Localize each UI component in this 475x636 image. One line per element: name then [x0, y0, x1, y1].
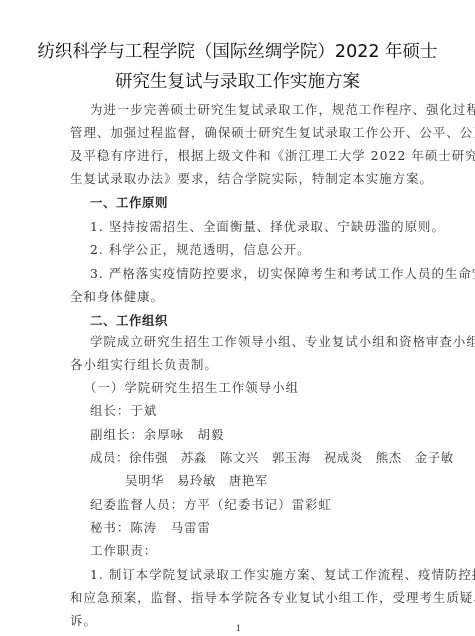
secretaries: 秘书：陈涛 马雷雷 [90, 519, 211, 537]
members-line-1: 成员：徐伟强 苏淼 陈文兴 郭玉海 祝成炎 熊杰 金子敏 [90, 449, 454, 467]
document-page: 纺织科学与工程学院（国际丝绸学院）2022 年硕士 研究生复试与录取工作实施方案… [0, 0, 475, 636]
principle-item-3-continued: 全和身体健康。 [70, 288, 164, 306]
duty-item-1-line-3: 诉。 [70, 612, 97, 630]
section-heading-principles: 一、工作原则 [90, 194, 168, 212]
subsection-heading-leadership-group: （一）学院研究生招生工作领导小组 [84, 379, 299, 397]
principle-item-2: 2. 科学公正，规范透明，信息公开。 [90, 241, 311, 259]
document-title-line-2: 研究生复试与录取工作实施方案 [0, 71, 475, 93]
intro-paragraph-line-4: 生复试录取办法》要求，结合学院实际，特制定本实施方案。 [70, 170, 433, 188]
page-number: 1 [236, 624, 241, 633]
intro-paragraph-line-3: 及平稳有序进行，根据上级文件和《浙江理工大学 2022 年硕士研究生招 [70, 147, 475, 165]
deputy-leaders: 副组长：余厚咏 胡毅 [90, 426, 224, 444]
organization-intro-line-1: 学院成立研究生招生工作领导小组、专业复试小组和资格审查小组， [90, 333, 475, 351]
principle-item-3: 3. 严格落实疫情防控要求，切实保障考生和考试工作人员的生命安 [90, 265, 475, 283]
document-title-line-1: 纺织科学与工程学院（国际丝绸学院）2022 年硕士 [0, 41, 475, 63]
duties-label: 工作职责： [90, 542, 157, 560]
group-leader: 组长：于斌 [90, 402, 157, 420]
duty-item-1-line-1: 1. 制订本学院复试录取工作实施方案、复试工作流程、疫情防控措施 [90, 566, 475, 584]
intro-paragraph-line-2: 管理、加强过程监督，确保硕士研究生复试录取工作公开、公平、公正 [70, 124, 475, 142]
section-heading-organization: 二、工作组织 [90, 312, 168, 330]
discipline-supervisors: 纪委监督人员：方平（纪委书记）雷彩虹 [90, 496, 332, 514]
members-line-2: 吴明华 易玲敏 唐艳军 [125, 472, 268, 490]
duty-item-1-line-2: 和应急预案，监督、指导本学院各专业复试小组工作，受理考生质疑、申 [70, 589, 475, 607]
principle-item-1: 1. 坚持按需招生、全面衡量、择优录取、宁缺毋滥的原则。 [90, 218, 445, 236]
intro-paragraph-line-1: 为进一步完善硕士研究生复试录取工作，规范工作程序、强化过程 [90, 101, 475, 119]
organization-intro-line-2: 各小组实行组长负责制。 [70, 356, 218, 374]
